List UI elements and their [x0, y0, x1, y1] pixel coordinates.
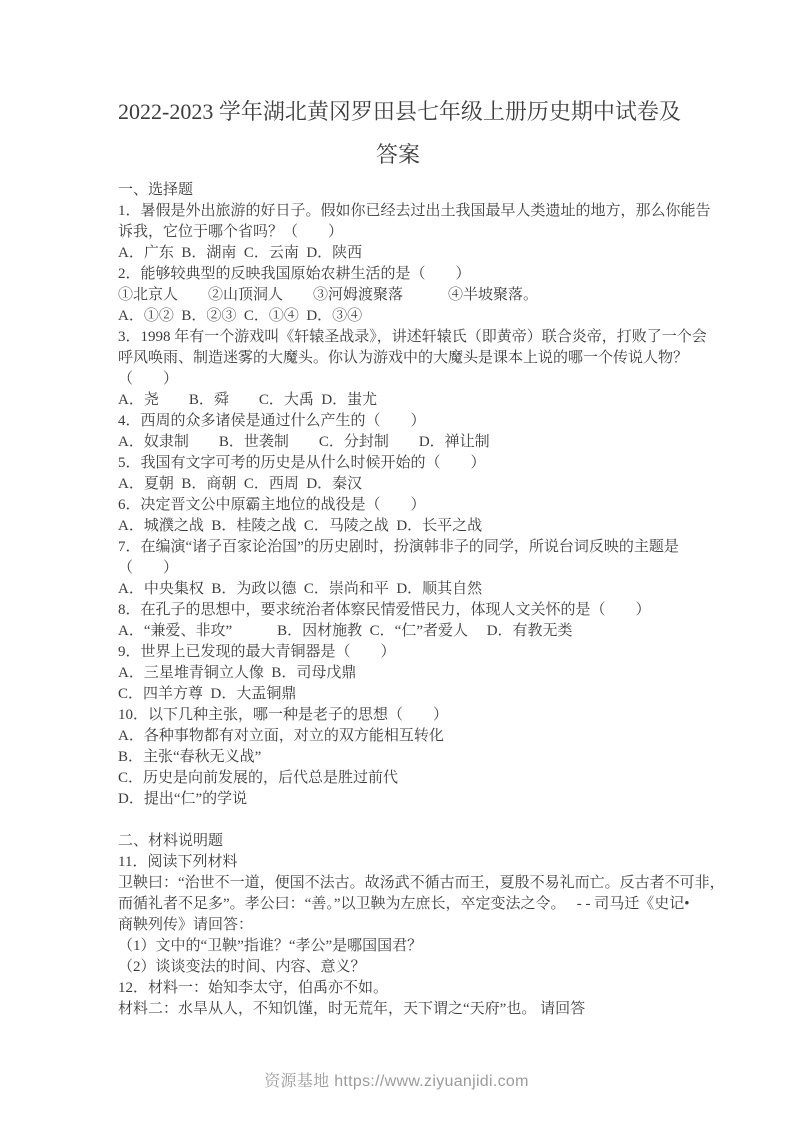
- text-line: 4．西周的众多诸侯是通过什么产生的（ ）: [118, 411, 678, 432]
- footer-url[interactable]: https://www.ziyuanjidi.com: [334, 1073, 529, 1090]
- text-line: 呼风唤雨、制造迷雾的大魔头。你认为游戏中的大魔头是课本上说的哪一个传说人物？: [118, 348, 678, 369]
- title-line: 答案: [118, 133, 678, 176]
- text-line: A．三星堆青铜立人像 B．司母戊鼎: [118, 663, 678, 684]
- text-line: 6．决定晋文公中原霸主地位的战役是（ ）: [118, 495, 678, 516]
- text-line: 商鞅列传》请回答：: [118, 915, 678, 936]
- text-line: A．广东 B．湖南 C．云南 D．陕西: [118, 243, 678, 264]
- text-line: ①北京人 ②山顶洞人 ③河姆渡聚落 ④半坡聚落。: [118, 285, 678, 306]
- page-title: 2022-2023 学年湖北黄冈罗田县七年级上册历史期中试卷及答案: [118, 90, 678, 176]
- text-line: A．夏朝 B．商朝 C．西周 D．秦汉: [118, 474, 678, 495]
- text-line: D．提出“仁”的学说: [118, 789, 678, 810]
- text-line: A．各种事物都有对立面，对立的双方能相互转化: [118, 726, 678, 747]
- text-line: B．主张“春秋无义战”: [118, 747, 678, 768]
- text-line: （1）文中的“卫鞅”指谁？“孝公”是哪国国君？: [118, 936, 678, 957]
- text-line: A．①② B．②③ C．①④ D．③④: [118, 306, 678, 327]
- text-line: A．中央集权 B．为政以德 C．崇尚和平 D．顺其自然: [118, 579, 678, 600]
- text-line: A．“兼爱、非攻” B．因材施教 C．“仁”者爱人 D．有教无类: [118, 621, 678, 642]
- text-line: （ ）: [118, 558, 678, 579]
- text-line: 而循礼者不足多”。孝公曰：“善。”以卫鞅为左庶长，卒定变法之令。 - - 司马迁…: [118, 894, 678, 915]
- footer-watermark: 资源基地 https://www.ziyuanjidi.com: [0, 1068, 793, 1091]
- text-line: 12．材料一：始知李太守，伯禹亦不如。: [118, 978, 678, 999]
- text-line: 二、材料说明题: [118, 831, 678, 852]
- text-line: 3．1998 年有一个游戏叫《轩辕圣战录》，讲述轩辕氏（即黄帝）联合炎帝，打败了…: [118, 327, 678, 348]
- text-line: 一、选择题: [118, 180, 678, 201]
- text-line: 9．世界上已发现的最大青铜器是（ ）: [118, 642, 678, 663]
- text-line: 8．在孔子的思想中，要求统治者体察民情爱惜民力，体现人文关怀的是（ ）: [118, 600, 678, 621]
- text-line: 诉我，它位于哪个省吗？（ ）: [118, 222, 678, 243]
- text-line: 2．能够较典型的反映我国原始农耕生活的是（ ）: [118, 264, 678, 285]
- text-line: 材料二：水旱从人，不知饥馑，时无荒年，天下谓之“天府”也。 请回答: [118, 999, 678, 1020]
- text-line: 1．暑假是外出旅游的好日子。假如你已经去过出土我国最早人类遗址的地方，那么你能告: [118, 201, 678, 222]
- text-line: C．历史是向前发展的，后代总是胜过前代: [118, 768, 678, 789]
- text-line: 7．在编演“诸子百家论治国”的历史剧时，扮演韩非子的同学，所说台词反映的主题是: [118, 537, 678, 558]
- title-line: 2022-2023 学年湖北黄冈罗田县七年级上册历史期中试卷及: [118, 90, 678, 133]
- text-line: 5．我国有文字可考的历史是从什么时候开始的（ ）: [118, 453, 678, 474]
- text-line: （ ）: [118, 369, 678, 390]
- text-line: C．四羊方尊 D．大盂铜鼎: [118, 684, 678, 705]
- text-line: 10．以下几种主张，哪一种是老子的思想（ ）: [118, 705, 678, 726]
- text-line: A．城濮之战 B．桂陵之战 C．马陵之战 D．长平之战: [118, 516, 678, 537]
- text-line: A．奴隶制 B．世袭制 C．分封制 D．禅让制: [118, 432, 678, 453]
- document-body: 一、选择题1．暑假是外出旅游的好日子。假如你已经去过出土我国最早人类遗址的地方，…: [118, 180, 678, 1020]
- text-line: 卫鞅曰：“治世不一道，便国不法古。故汤武不循古而王，夏殷不易礼而亡。反古者不可非…: [118, 873, 678, 894]
- footer-site-name: 资源基地: [264, 1073, 329, 1090]
- text-line: （2）谈谈变法的时间、内容、意义？: [118, 957, 678, 978]
- text-line: 11．阅读下列材料: [118, 852, 678, 873]
- text-line: A．尧 B．舜 C．大禹 D．蚩尤: [118, 390, 678, 411]
- document-page: 2022-2023 学年湖北黄冈罗田县七年级上册历史期中试卷及答案 一、选择题1…: [118, 0, 678, 1020]
- text-line: [118, 810, 678, 831]
